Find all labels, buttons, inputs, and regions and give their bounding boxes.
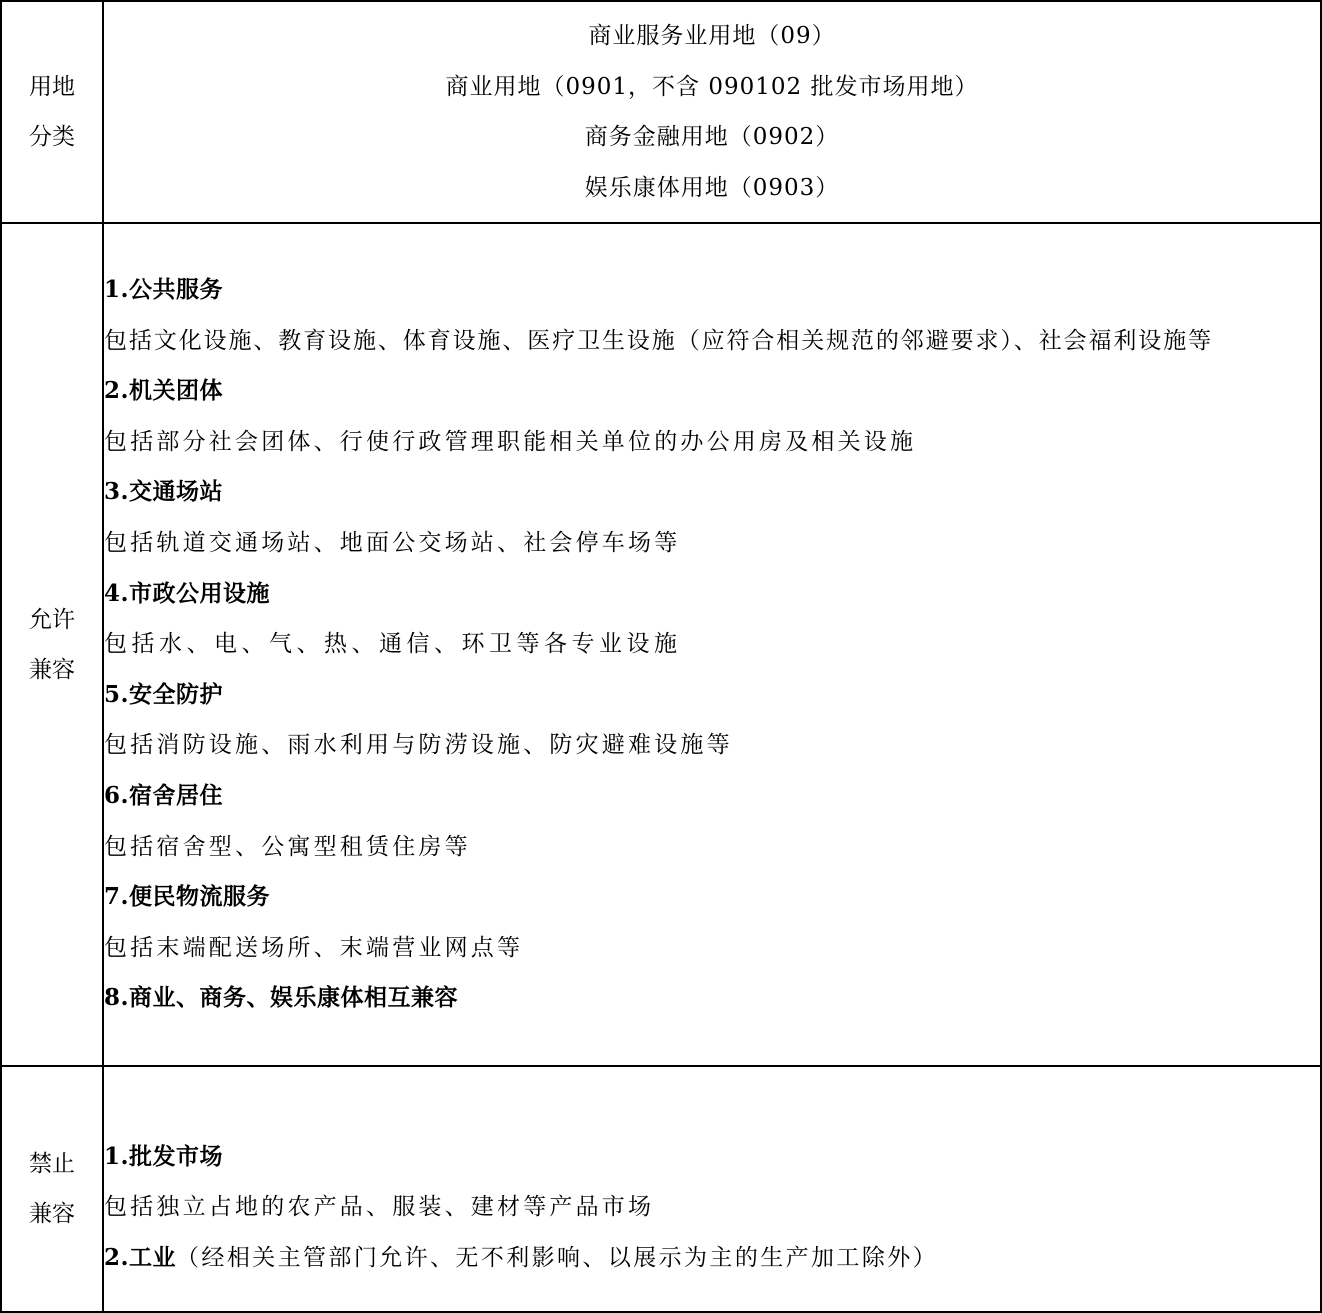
- table-row-land-classification: 用地 分类 商业服务业用地（09） 商业用地（0901，不含 090102 批发…: [1, 1, 1321, 223]
- row-label-land-classification: 用地 分类: [1, 1, 103, 223]
- allowed-item-title: 1.公共服务: [104, 265, 1320, 316]
- allowed-item-description: 包括宿舍型、公寓型租赁住房等: [104, 822, 1320, 873]
- allowed-item-description: 包括末端配送场所、末端营业网点等: [104, 923, 1320, 974]
- allowed-item-title: 7.便民物流服务: [104, 872, 1320, 923]
- classification-line: 娱乐康体用地（0903）: [104, 163, 1320, 214]
- forbidden-item-title-with-note: 2.工业（经相关主管部门允许、无不利影响、以展示为主的生产加工除外）: [104, 1233, 1320, 1284]
- allowed-item-title: 3.交通场站: [104, 467, 1320, 518]
- forbidden-item-note: （经相关主管部门允许、无不利影响、以展示为主的生产加工除外）: [176, 1245, 938, 1271]
- row-label-forbidden-compatibility: 禁止 兼容: [1, 1066, 103, 1312]
- row-label-line: 兼容: [2, 1189, 102, 1239]
- land-classification-content: 商业服务业用地（09） 商业用地（0901，不含 090102 批发市场用地） …: [103, 1, 1321, 223]
- forbidden-item-title: 1.批发市场: [104, 1132, 1320, 1183]
- allowed-compatibility-content: 1.公共服务 包括文化设施、教育设施、体育设施、医疗卫生设施（应符合相关规范的邻…: [103, 223, 1321, 1066]
- classification-line: 商业用地（0901，不含 090102 批发市场用地）: [104, 62, 1320, 113]
- allowed-item-description: 包括水、电、气、热、通信、环卫等各专业设施: [104, 619, 1320, 670]
- land-use-compatibility-table: 用地 分类 商业服务业用地（09） 商业用地（0901，不含 090102 批发…: [0, 0, 1322, 1313]
- forbidden-compatibility-content: 1.批发市场 包括独立占地的农产品、服装、建材等产品市场 2.工业（经相关主管部…: [103, 1066, 1321, 1312]
- table-row-forbidden-compatibility: 禁止 兼容 1.批发市场 包括独立占地的农产品、服装、建材等产品市场 2.工业（…: [1, 1066, 1321, 1312]
- row-label-line: 禁止: [2, 1139, 102, 1189]
- classification-line: 商务金融用地（0902）: [104, 112, 1320, 163]
- row-label-line: 允许: [2, 595, 102, 645]
- forbidden-item-description: 包括独立占地的农产品、服装、建材等产品市场: [104, 1182, 1320, 1233]
- allowed-item-title: 2.机关团体: [104, 366, 1320, 417]
- allowed-item-description: 包括文化设施、教育设施、体育设施、医疗卫生设施（应符合相关规范的邻避要求）、社会…: [104, 316, 1320, 367]
- allowed-item-title: 6.宿舍居住: [104, 771, 1320, 822]
- forbidden-item-title: 2.工业: [104, 1244, 176, 1271]
- row-label-line: 兼容: [2, 645, 102, 695]
- allowed-item-title: 8.商业、商务、娱乐康体相互兼容: [104, 973, 1320, 1024]
- classification-line: 商业服务业用地（09）: [104, 11, 1320, 62]
- row-label-line: 分类: [2, 112, 102, 162]
- row-label-line: 用地: [2, 62, 102, 112]
- allowed-item-title: 4.市政公用设施: [104, 569, 1320, 620]
- allowed-item-description: 包括轨道交通场站、地面公交场站、社会停车场等: [104, 518, 1320, 569]
- row-label-allowed-compatibility: 允许 兼容: [1, 223, 103, 1066]
- allowed-item-description: 包括部分社会团体、行使行政管理职能相关单位的办公用房及相关设施: [104, 417, 1320, 468]
- allowed-item-title: 5.安全防护: [104, 670, 1320, 721]
- allowed-item-description: 包括消防设施、雨水利用与防涝设施、防灾避难设施等: [104, 720, 1320, 771]
- table-row-allowed-compatibility: 允许 兼容 1.公共服务 包括文化设施、教育设施、体育设施、医疗卫生设施（应符合…: [1, 223, 1321, 1066]
